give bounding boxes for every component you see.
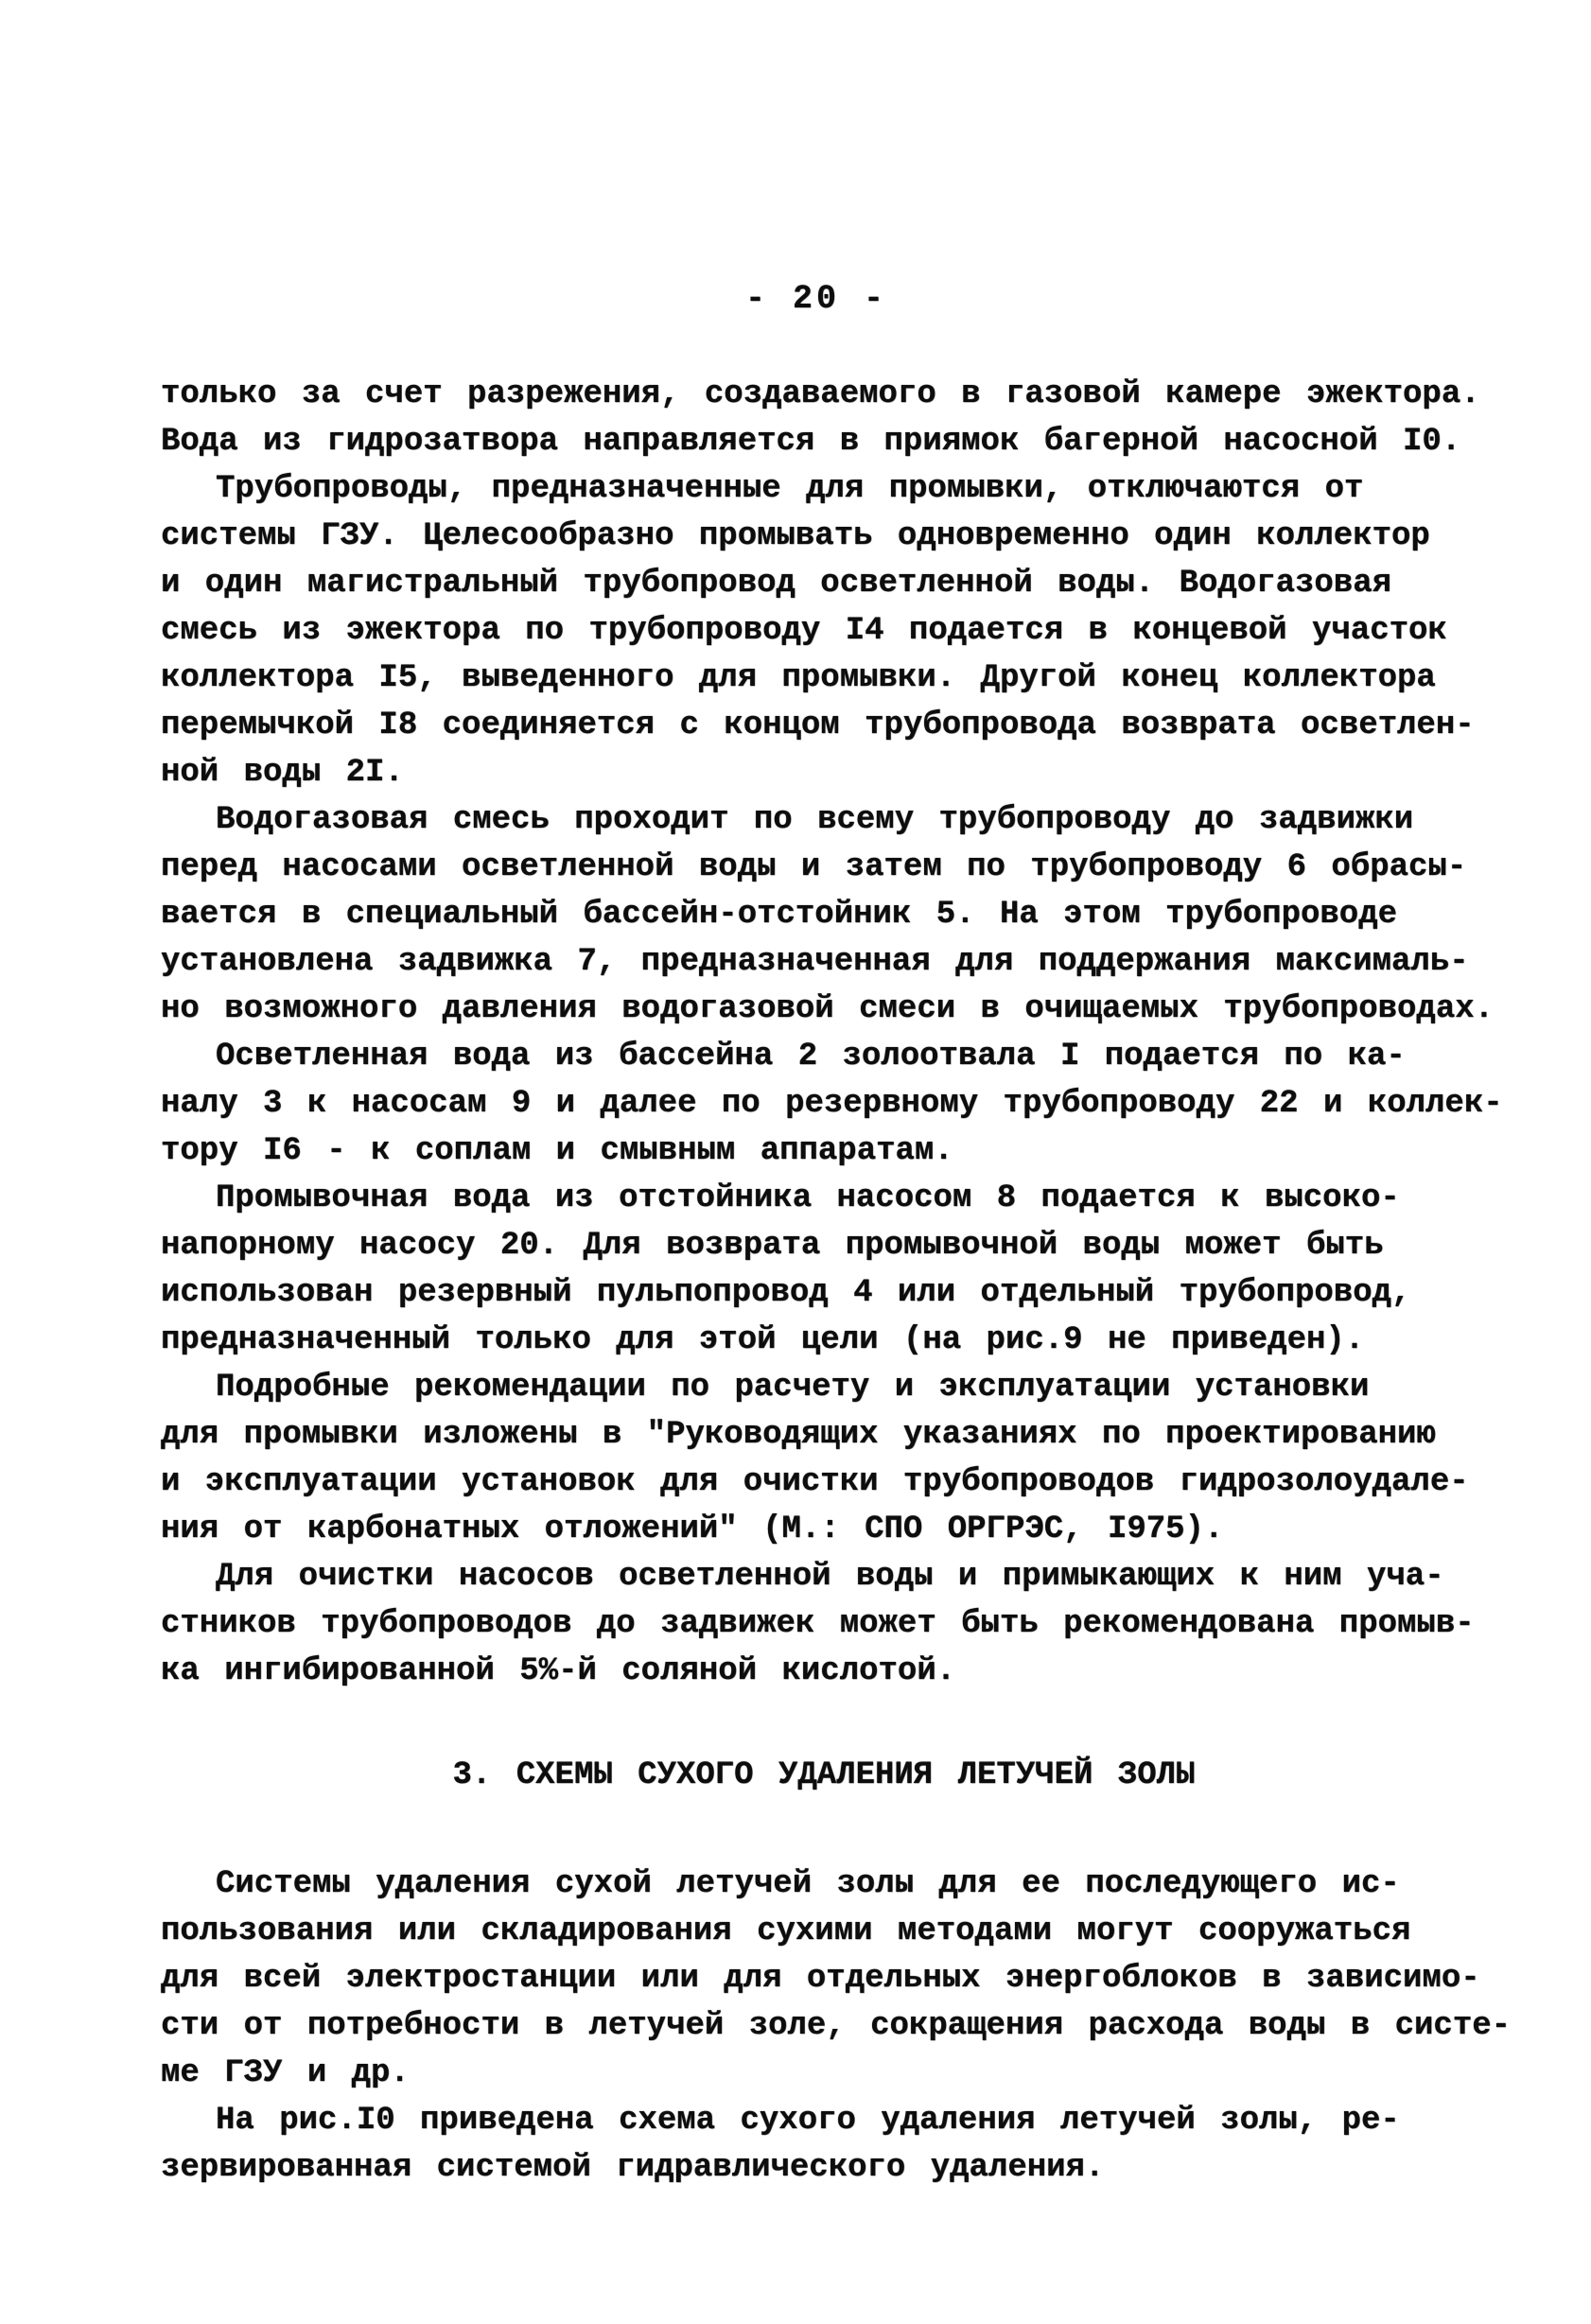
paragraph-continuation: только за счет разрежения, создаваемого … (161, 371, 1591, 465)
text-line: и эксплуатации установок для очистки тру… (161, 1459, 1591, 1506)
paragraph: Системы удаления сухой летучей золы для … (161, 1861, 1591, 2097)
text-line: перемычкой I8 соединяется с концом трубо… (161, 702, 1591, 749)
text-line: использован резервный пульпопровод 4 или… (161, 1269, 1591, 1317)
paragraph: Трубопроводы, предназначенные для промыв… (161, 465, 1591, 796)
text-line: Осветленная вода из бассейна 2 золоотвал… (161, 1033, 1591, 1080)
text-line: ной воды 2I. (161, 749, 1591, 796)
text-line: ме ГЗУ и др. (161, 2050, 1591, 2097)
page-number: - 20 - (21, 280, 1591, 318)
paragraph: Для очистки насосов осветленной воды и п… (161, 1553, 1591, 1695)
text-line: пользования или складирования сухими мет… (161, 1908, 1591, 1955)
text-line: На рис.I0 приведена схема сухого удалени… (161, 2097, 1591, 2144)
paragraph: На рис.I0 приведена схема сухого удалени… (161, 2097, 1591, 2192)
text-line: для промывки изложены в "Руководящих ука… (161, 1411, 1591, 1459)
text-line: Системы удаления сухой летучей золы для … (161, 1861, 1591, 1908)
text-line: Подробные рекомендации по расчету и эксп… (161, 1364, 1591, 1411)
paragraph: Подробные рекомендации по расчету и эксп… (161, 1364, 1591, 1553)
text-line: вается в специальный бассейн-отстойник 5… (161, 891, 1591, 938)
text-line: налу 3 к насосам 9 и далее по резервному… (161, 1080, 1591, 1127)
text-line: для всей электростанции или для отдельны… (161, 1955, 1591, 2002)
text-line: системы ГЗУ. Целесообразно промывать одн… (161, 513, 1591, 560)
text-line: Трубопроводы, предназначенные для промыв… (161, 465, 1591, 513)
text-line: Для очистки насосов осветленной воды и п… (161, 1553, 1591, 1600)
text-line: смесь из эжектора по трубопроводу I4 под… (161, 607, 1591, 655)
paragraph: Водогазовая смесь проходит по всему труб… (161, 796, 1591, 1033)
text-line: коллектора I5, выведенного для промывки.… (161, 655, 1591, 702)
text-line: зервированная системой гидравлического у… (161, 2144, 1591, 2192)
text-line: Промывочная вода из отстойника насосом 8… (161, 1175, 1591, 1222)
text-line: напорному насосу 20. Для возврата промыв… (161, 1222, 1591, 1269)
text-line: предназначенный только для этой цели (на… (161, 1317, 1591, 1364)
paragraph: Осветленная вода из бассейна 2 золоотвал… (161, 1033, 1591, 1175)
body-text: только за счет разрежения, создаваемого … (161, 371, 1591, 2192)
text-line: установлена задвижка 7, предназначенная … (161, 938, 1591, 986)
text-line: перед насосами осветленной воды и затем … (161, 844, 1591, 891)
section-heading: 3. СХЕМЫ СУХОГО УДАЛЕНИЯ ЛЕТУЧЕЙ ЗОЛЫ (109, 1752, 1539, 1799)
text-line: Вода из гидрозатвора направляется в прия… (161, 418, 1591, 465)
document-page: - 20 - только за счет разрежения, создав… (0, 0, 1591, 2324)
text-line: тору I6 - к соплам и смывным аппаратам. (161, 1127, 1591, 1175)
text-line: только за счет разрежения, создаваемого … (161, 371, 1591, 418)
text-line: стников трубопроводов до задвижек может … (161, 1600, 1591, 1648)
text-line: но возможного давления водогазовой смеси… (161, 986, 1591, 1033)
text-line: ка ингибированной 5%-й соляной кислотой. (161, 1648, 1591, 1695)
text-line: сти от потребности в летучей золе, сокра… (161, 2002, 1591, 2050)
paragraph: Промывочная вода из отстойника насосом 8… (161, 1175, 1591, 1364)
text-line: ния от карбонатных отложений" (М.: СПО О… (161, 1506, 1591, 1553)
text-line: Водогазовая смесь проходит по всему труб… (161, 796, 1591, 844)
text-line: и один магистральный трубопровод осветле… (161, 560, 1591, 607)
